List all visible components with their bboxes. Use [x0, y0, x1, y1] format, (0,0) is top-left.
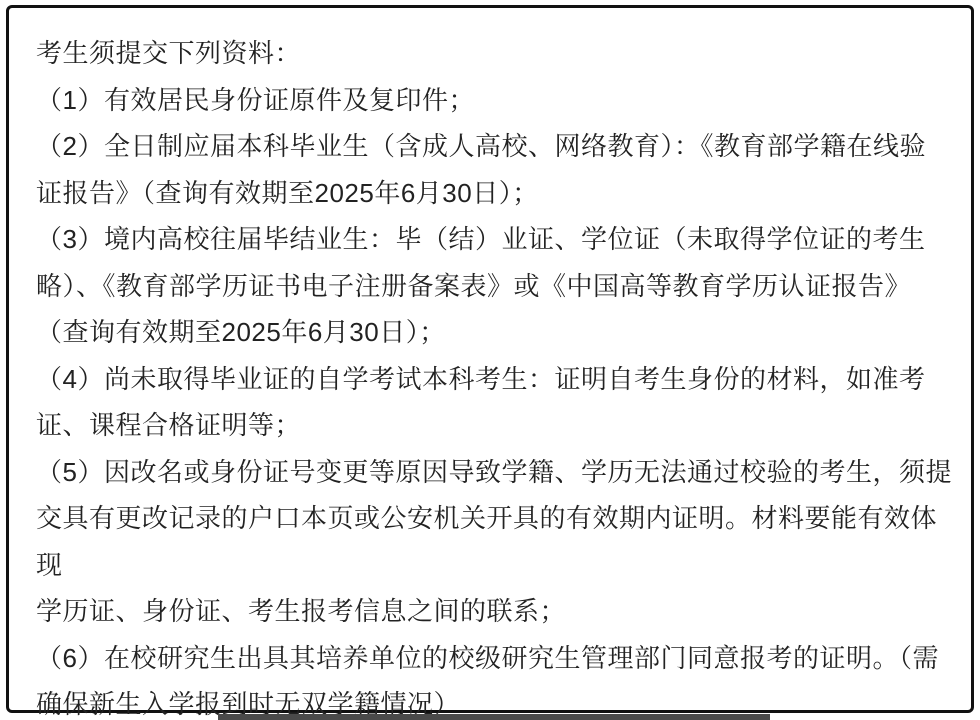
text-line: 证报告》（查询有效期至2025年6月30日）； [36, 170, 955, 217]
text-line: 交具有更改记录的户口本页或公安机关开具的有效期内证明。材料要能有效体现 [36, 495, 955, 588]
text-line: （查询有效期至2025年6月30日）； [36, 309, 955, 356]
text-line: （4）尚未取得毕业证的自学考试本科考生：证明自考生身份的材料，如准考 [36, 356, 955, 403]
bottom-partial-bar [218, 714, 770, 720]
document-border-box: 考生须提交下列资料：（1）有效居民身份证原件及复印件；（2）全日制应届本科毕业生… [6, 5, 974, 713]
text-line: 证、课程合格证明等； [36, 402, 955, 449]
document-text: 考生须提交下列资料：（1）有效居民身份证原件及复印件；（2）全日制应届本科毕业生… [36, 30, 955, 720]
text-line: （3）境内高校往届毕结业生：毕（结）业证、学位证（未取得学位证的考生 [36, 216, 955, 263]
screenshot-root: { "document": { "title_line": "考生须提交下列资料… [0, 0, 980, 720]
text-line: （2）全日制应届本科毕业生（含成人高校、网络教育）：《教育部学籍在线验 [36, 123, 955, 170]
text-line: （1）有效居民身份证原件及复印件； [36, 77, 955, 124]
text-line: （6）在校研究生出具其培养单位的校级研究生管理部门同意报考的证明。（需 [36, 635, 955, 682]
text-line: 略）、《教育部学历证书电子注册备案表》或《中国高等教育学历认证报告》 [36, 263, 955, 310]
text-line: （5）因改名或身份证号变更等原因导致学籍、学历无法通过校验的考生，须提 [36, 449, 955, 496]
text-line: 考生须提交下列资料： [36, 30, 955, 77]
text-line: 学历证、身份证、考生报考信息之间的联系； [36, 588, 955, 635]
